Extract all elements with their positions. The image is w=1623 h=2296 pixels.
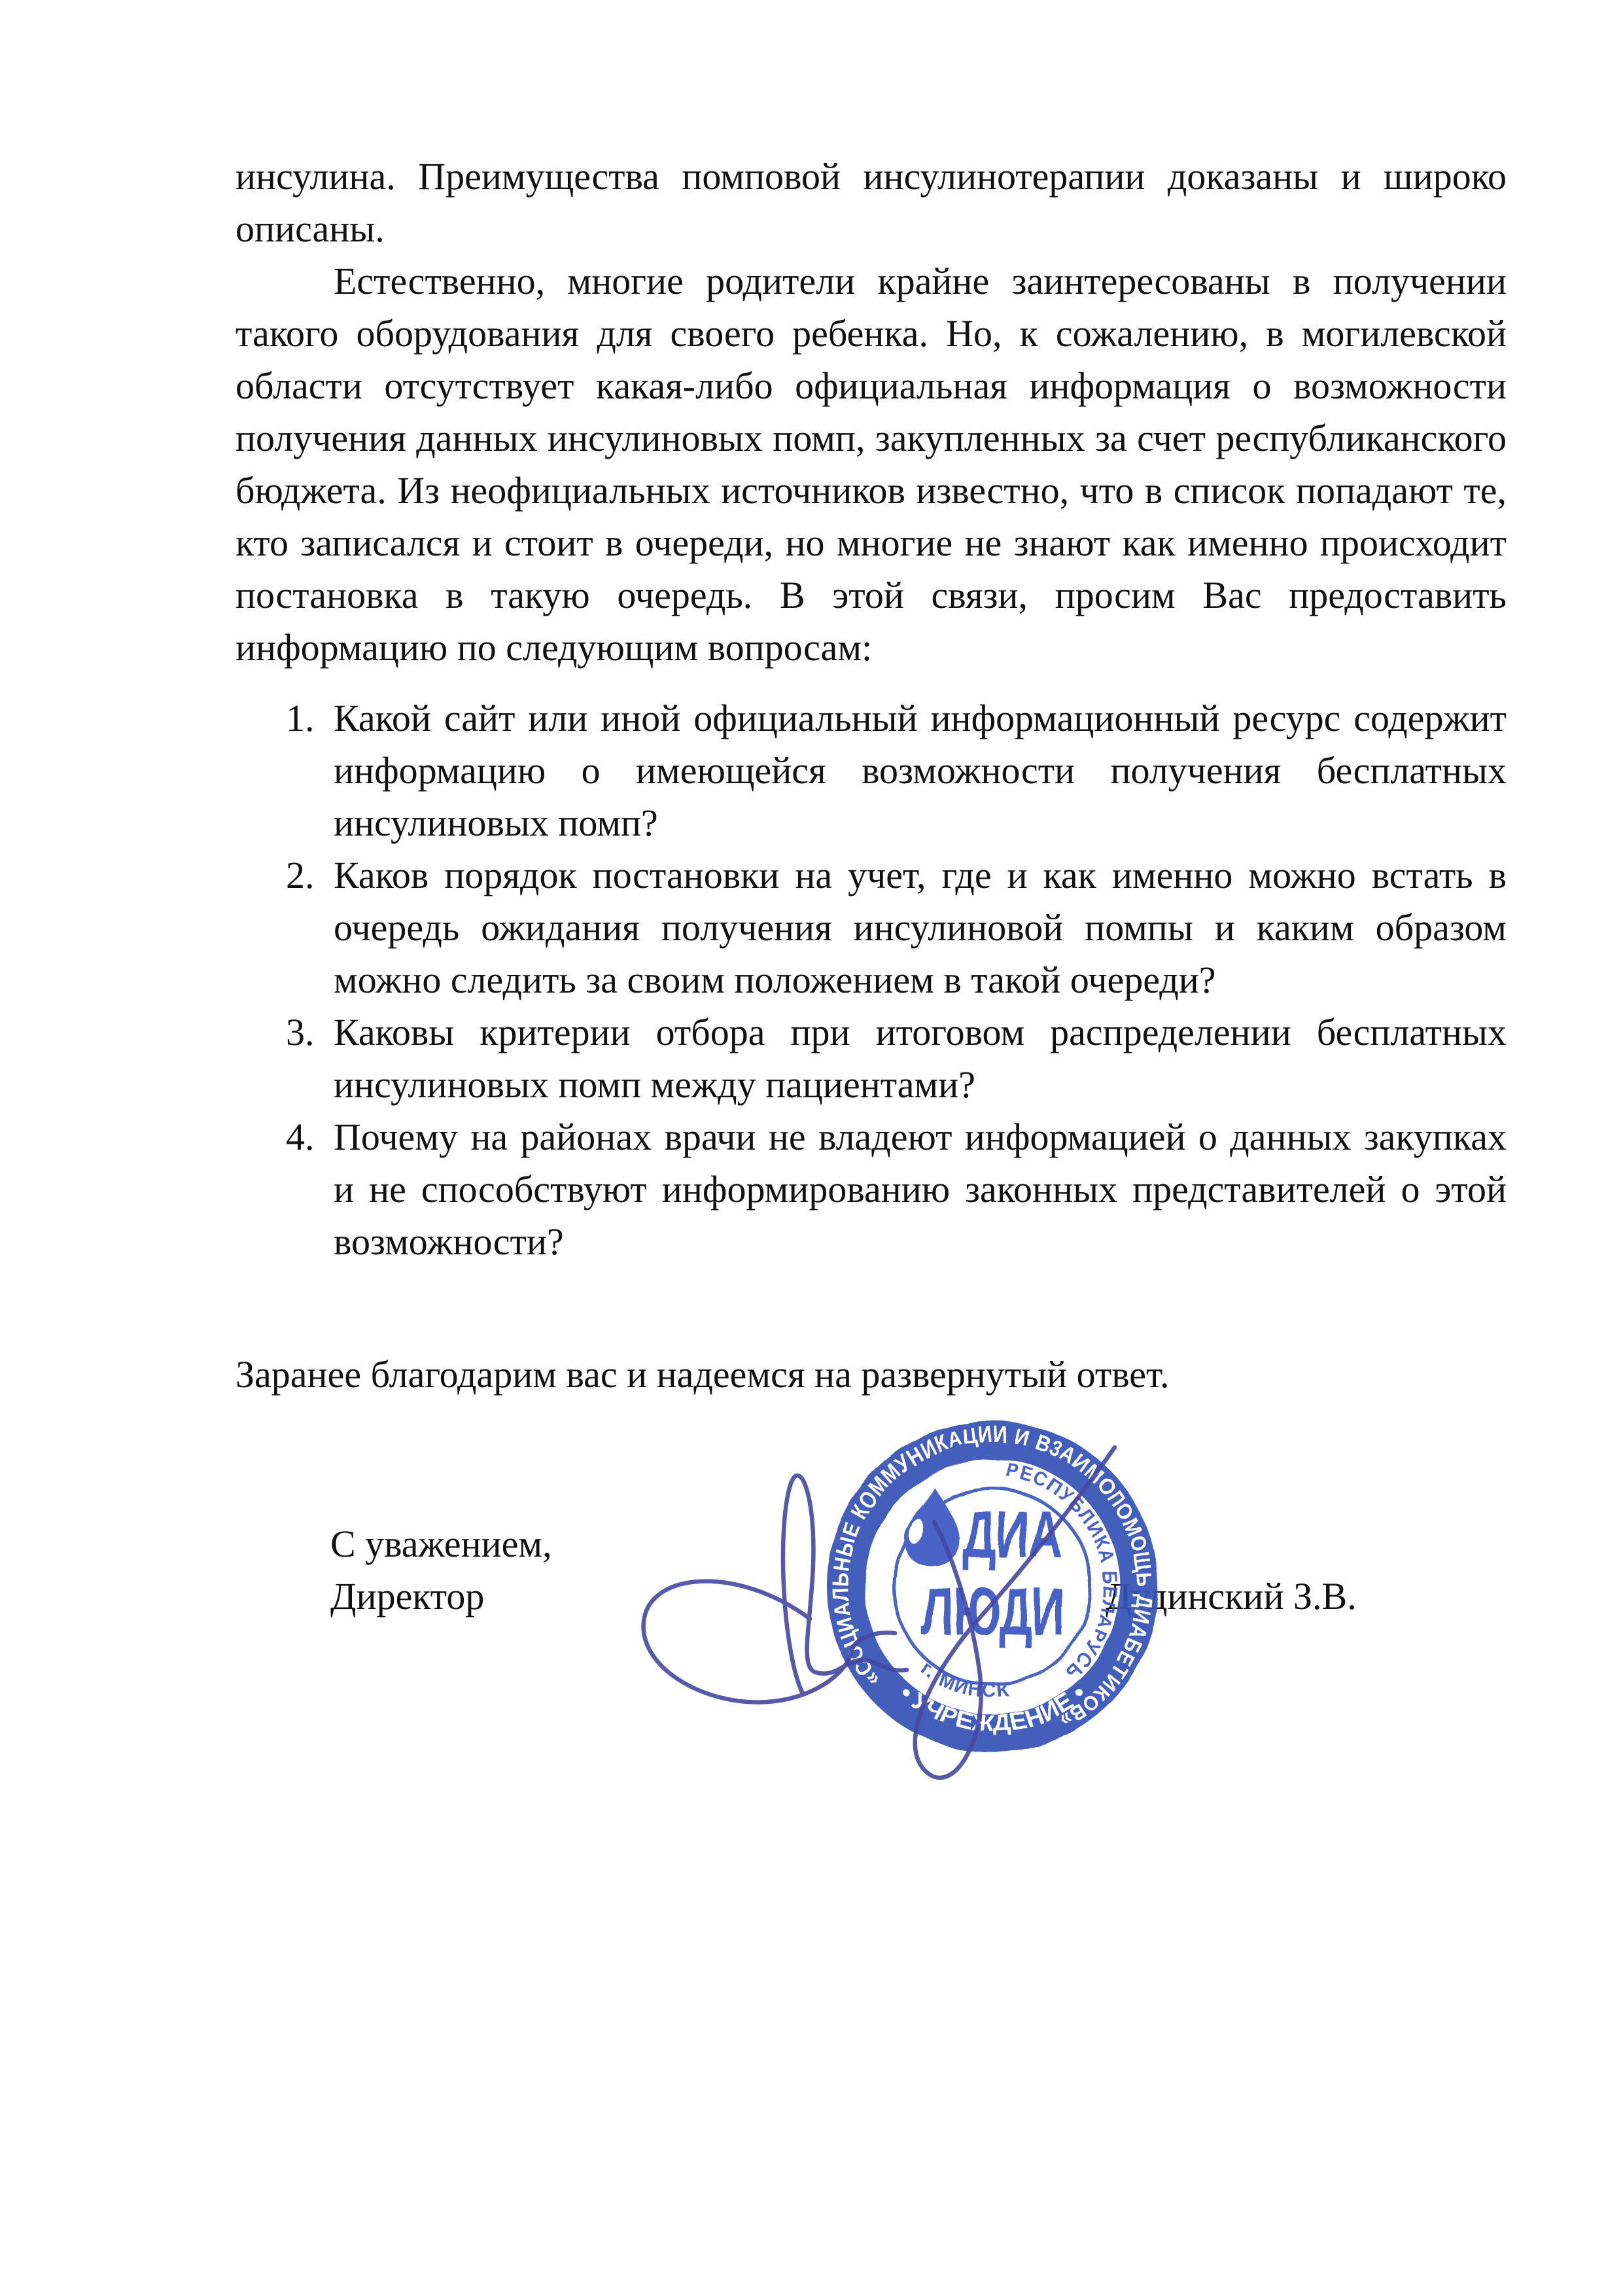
questions-list: 1. Какой сайт или иной официальный инфор… [236,692,1507,1268]
signoff-name: Дудинский З.В. [1106,1570,1357,1623]
list-item: 4. Почему на районах врачи не владеют ин… [334,1111,1507,1268]
letter-page: { "doc": { "paragraphs": [ { "text": "ин… [0,0,1623,2296]
list-item-number: 3. [286,1006,332,1059]
list-item-text: Каковы критерии отбора при итоговом расп… [334,1011,1507,1106]
list-item-text: Почему на районах врачи не владеют инфор… [334,1116,1507,1263]
list-item-text: Какой сайт или иной официальный информац… [334,697,1507,844]
list-item: 1. Какой сайт или иной официальный инфор… [334,692,1507,849]
signoff-block: С уважением, Директор Дудинский З.В. [236,1518,1507,1623]
list-item: 2. Каков порядок постановки на учет, где… [334,849,1507,1006]
list-item-number: 4. [286,1111,332,1163]
list-item-text: Каков порядок постановки на учет, где и … [334,854,1507,1001]
list-item-number: 2. [286,849,332,902]
paragraph-main: Естественно, многие родители крайне заин… [236,255,1507,674]
list-item-number: 1. [286,692,332,745]
closing-line: Заранее благодарим вас и надеемся на раз… [236,1349,1507,1401]
signoff-salutation: С уважением, [330,1518,1507,1570]
list-item: 3. Каковы критерии отбора при итоговом р… [334,1006,1507,1111]
letter-body: инсулина. Преимущества помповой инсулино… [0,0,1623,2296]
paragraph-continuation: инсулина. Преимущества помповой инсулино… [236,150,1507,255]
